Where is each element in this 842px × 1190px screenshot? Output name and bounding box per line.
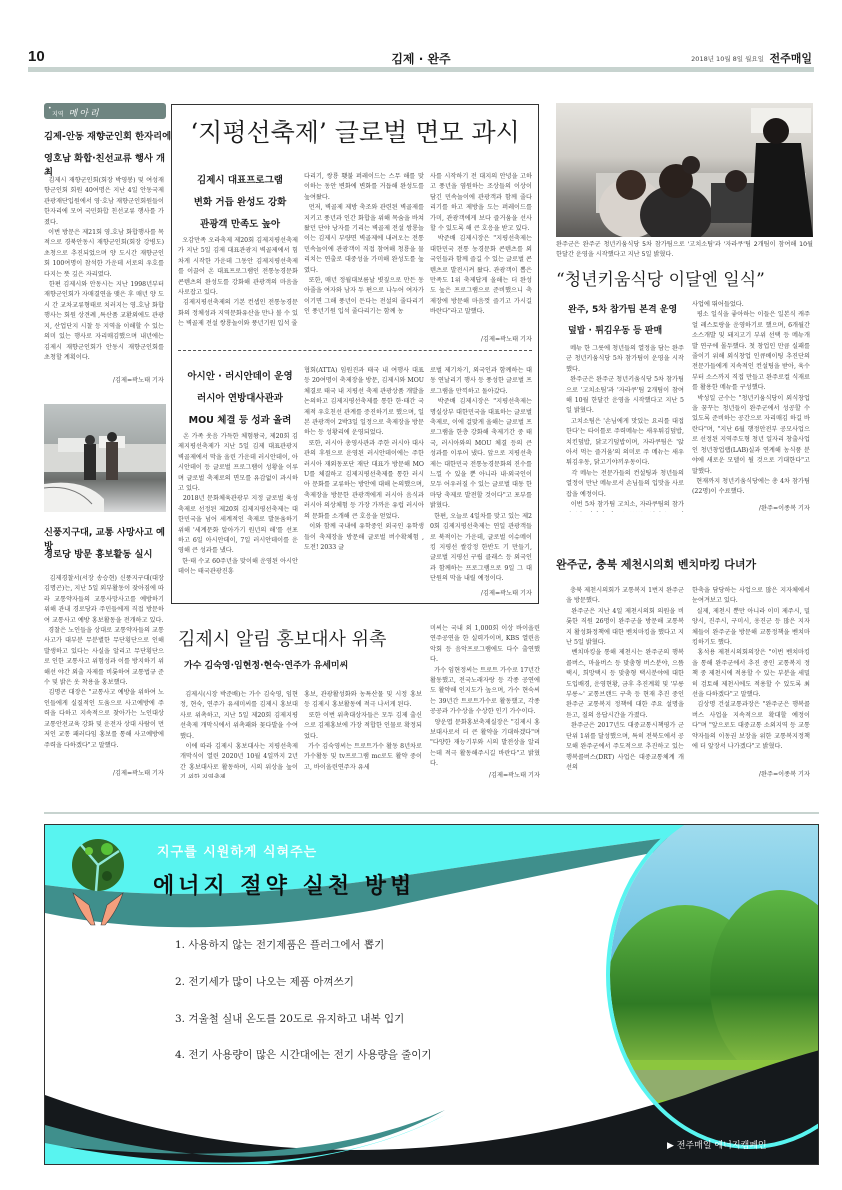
restaurant-photo [556,103,813,237]
ad-footer-text: 전주매일 에너지캠페인 [677,1141,767,1151]
ad-item-4: 4. 전기 사용량이 많은 시간대에는 전기 사용량을 줄이기 [175,1047,432,1062]
ambassador-byline: /김제=곽노태 기자 [430,770,540,779]
benchmark-byline: /완주=이종복 기자 [692,769,810,778]
restaurant-headline-2: 덮밥 · 튀김우동 등 판매 [568,323,688,336]
ad-tagline: 지구를 시원하게 식혀주는 [157,841,317,860]
sub2-col3: 로벌 제기차기, 외국인과 함께하는 대동 연날리기 행사 등 풍성한 글로벌 … [430,366,532,586]
paper-name: 전주매일 [769,50,812,66]
issue-date: 2018년 10월 8일 월요일 [691,54,764,63]
ambassador-col1: 김제시(시장 박준배)는 가수 김숙영, 임현정, 현숙, 연주가 유세미씨를 … [180,690,298,778]
photo-illustration-icon [556,103,813,237]
sub1-headline-2: 변화 거듭 완성도 강화 [180,194,300,208]
ambassador-col3: 미씨는 국내 외 1,000회 이상 바이올린 연주공연을 한 실력가이며, K… [430,624,540,774]
sub1-col3: 사를 시작하기 전 대지의 안녕을 고하고 풍년을 염원하는 조상들의 이상이 … [430,172,532,332]
play-triangle-icon: ▶ [667,1141,677,1151]
sub1-col2: 다리기, 쌍룡 횃불 퍼레이드는 스무 해를 맞이하는 동안 변화에 변화를 거… [304,172,424,342]
ad-item-1: 1. 사용하지 않는 전기제품은 플러그에서 뽑기 [175,937,384,952]
restaurant-col1: 메뉴 한 그릇에 청년들의 열정을 담는 완주군 청년키움식당 5차 참가팀이 … [566,344,684,512]
sub2-headline-2: 러시아 연방대사관과 [180,390,300,404]
restaurant-headline-1: 완주, 5차 참가팀 본격 운영 [568,302,688,315]
ambassador-col2: 홍보, 관광활성화와 농특산물 및 시정 홍보 등 김제시 홍보활동에 적극 나… [304,690,422,778]
sub2-byline: /김제=곽노태 기자 [430,588,532,597]
ambassador-title: 김제시 알림 홍보대사 위촉 [178,625,418,651]
benchmark-title: 완주군, 충북 제천시의회 벤치마킹 다녀가 [556,556,813,572]
sub1-headline-1: 김제시 대표프로그램 [180,172,300,186]
header-rule [28,67,814,72]
section-tag: • 지역 메아리 [44,103,166,119]
ambassador-subtitle: 가수 김숙영·임현정·현숙·연주가 유세미씨 [184,658,424,671]
article1-body: 김제시 재향군인회(회장 박영봉) 및 여성재향군인회 회원 40여명은 지난 … [44,176,164,366]
restaurant-photo-caption: 완주군은 완주군 청년키움식당 5차 참가팀으로 '고치소팀'과 '자라쿠'팀 … [556,240,813,262]
benchmark-col1: 충북 제천시의회가 교통복지 1번지 완주군을 방문했다. 완주군은 지난 4일… [566,586,684,778]
feature-divider [178,350,532,351]
feature-title: ‘지평선축제’ 글로벌 면모 과시 [171,113,539,149]
sub1-byline: /김제=곽노태 기자 [430,334,532,343]
sub1-headline-3: 관광객 만족도 높아 [180,216,300,230]
ad-item-3: 3. 겨울철 실내 온도를 20도로 유지하고 내복 입기 [175,1011,404,1026]
restaurant-col2: 사업에 뛰어들었다. 평소 일식을 좋아하는 이들은 일본식 캐주얼 레스토랑을… [692,300,810,500]
section-divider [44,812,819,814]
traffic-campaign-photo [44,404,166,512]
earth-hands-logo-icon [69,831,127,931]
ad-footer: ▶ 전주매일 에너지캠페인 [667,1138,767,1151]
article1-byline: /김제=곽노태 기자 [44,375,164,384]
tag-small: 지역 [52,111,64,118]
article2-body: 김제경찰서(서장 송승현) 신풍지구대(대장 김명곤)는, 지난 5일 외부활동… [44,574,164,762]
article1-headline-2: 영호남 화합·친선교류 행사 개최 [44,150,172,178]
sub2-col1: 온 가족 웃음 가득한 체험왕국, 제20회 김제지평선축제가 지난 5일 김제… [178,432,298,597]
sub2-headline-1: 아시안 · 러시안데이 운영 [180,368,300,382]
sub1-col1: 오감만족 오라축제 제20회 김제지평선축제가 지난 5일 김제 대표관광지 벽… [178,236,298,341]
article2-byline: /김제=곽노태 기자 [44,768,164,777]
sub2-headline-3: MOU 체결 등 성과 올려 [180,412,300,426]
ad-item-2: 2. 전기세가 많이 나오는 제품 아껴쓰기 [175,974,354,989]
sub2-col2: 협회(ATTA) 임원진과 태국 내 여행사 대표 등 20여명이 축제장을 방… [304,366,424,596]
restaurant-byline: /완주=이종복 기자 [692,503,810,512]
ad-title: 에너지 절약 실천 방법 [153,869,415,900]
benchmark-col2: 한축을 담당하는 사업으로 많은 지자체에서 눈여겨보고 있다. 실제, 제천시… [692,586,810,764]
restaurant-title: “청년키움식당 이달엔 일식” [556,265,813,290]
photo-illustration-icon [44,404,166,512]
article1-headline-1: 김제-안동 재향군인회 한자리에 [44,128,172,142]
article2-headline-2: 경로당 방문 홍보활동 실시 [44,546,172,560]
tag-big: 메아리 [69,109,101,119]
energy-campaign-ad: 지구를 시원하게 식혀주는 에너지 절약 실천 방법 1. 사용하지 않는 전기… [44,824,819,1165]
bullet-icon: • [48,105,52,112]
